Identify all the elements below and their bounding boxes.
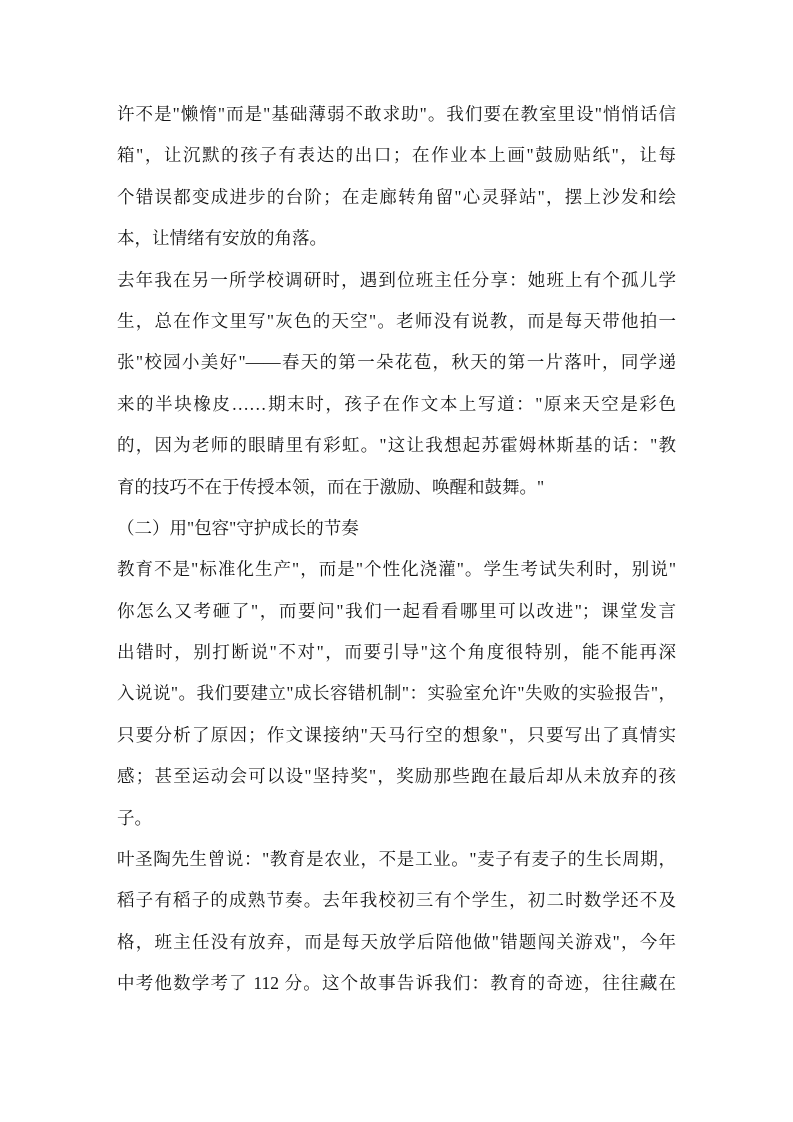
text-line: 出错时，别打断说"不对"，而要引导"这个角度很特别，能不能再深 bbox=[117, 632, 676, 673]
text-line: 稻子有稻子的成熟节奏。去年我校初三有个学生，初二时数学还不及 bbox=[117, 880, 676, 921]
text-line: 入说说"。我们要建立"成长容错机制"：实验室允许"失败的实验报告"， bbox=[117, 673, 676, 714]
text-line: 张"校园小美好"——春天的第一朵花苞，秋天的第一片落叶，同学递 bbox=[117, 342, 676, 383]
text-line: 育的技巧不在于传授本领，而在于激励、唤醒和鼓舞。" bbox=[117, 467, 676, 508]
text-line: 子。 bbox=[117, 798, 676, 839]
text-line: 去年我在另一所学校调研时，遇到位班主任分享：她班上有个孤儿学 bbox=[117, 260, 676, 301]
text-line: 叶圣陶先生曾说："教育是农业，不是工业。"麦子有麦子的生长周期， bbox=[117, 839, 676, 880]
text-line: 来的半块橡皮……期末时，孩子在作文本上写道："原来天空是彩色 bbox=[117, 384, 676, 425]
text-line: 个错误都变成进步的台阶；在走廊转角留"心灵驿站"，摆上沙发和绘 bbox=[117, 177, 676, 218]
document-text-block: 许不是"懒惰"而是"基础薄弱不敢求助"。我们要在教室里设"悄悄话信 箱"，让沉默… bbox=[117, 94, 676, 1005]
text-line: 生，总在作文里写"灰色的天空"。老师没有说教，而是每天带他拍一 bbox=[117, 301, 676, 342]
section-heading: （二）用"包容"守护成长的节奏 bbox=[117, 508, 676, 549]
text-line: 本，让情绪有安放的角落。 bbox=[117, 218, 676, 259]
text-line: 的，因为老师的眼睛里有彩虹。"这让我想起苏霍姆林斯基的话："教 bbox=[117, 425, 676, 466]
text-line: 你怎么又考砸了"，而要问"我们一起看看哪里可以改进"；课堂发言 bbox=[117, 591, 676, 632]
text-line: 中考他数学考了 112 分。这个故事告诉我们：教育的奇迹，往往藏在 bbox=[117, 963, 676, 1004]
document-page: 许不是"懒惰"而是"基础薄弱不敢求助"。我们要在教室里设"悄悄话信 箱"，让沉默… bbox=[0, 0, 793, 1122]
text-line: 许不是"懒惰"而是"基础薄弱不敢求助"。我们要在教室里设"悄悄话信 bbox=[117, 94, 676, 135]
text-line: 箱"，让沉默的孩子有表达的出口；在作业本上画"鼓励贴纸"，让每 bbox=[117, 135, 676, 176]
text-line: 只要分析了原因；作文课接纳"天马行空的想象"，只要写出了真情实 bbox=[117, 715, 676, 756]
text-line: 感；甚至运动会可以设"坚持奖"，奖励那些跑在最后却从未放弃的孩 bbox=[117, 756, 676, 797]
text-line: 教育不是"标准化生产"，而是"个性化浇灌"。学生考试失利时，别说" bbox=[117, 549, 676, 590]
text-line: 格，班主任没有放弃，而是每天放学后陪他做"错题闯关游戏"，今年 bbox=[117, 922, 676, 963]
